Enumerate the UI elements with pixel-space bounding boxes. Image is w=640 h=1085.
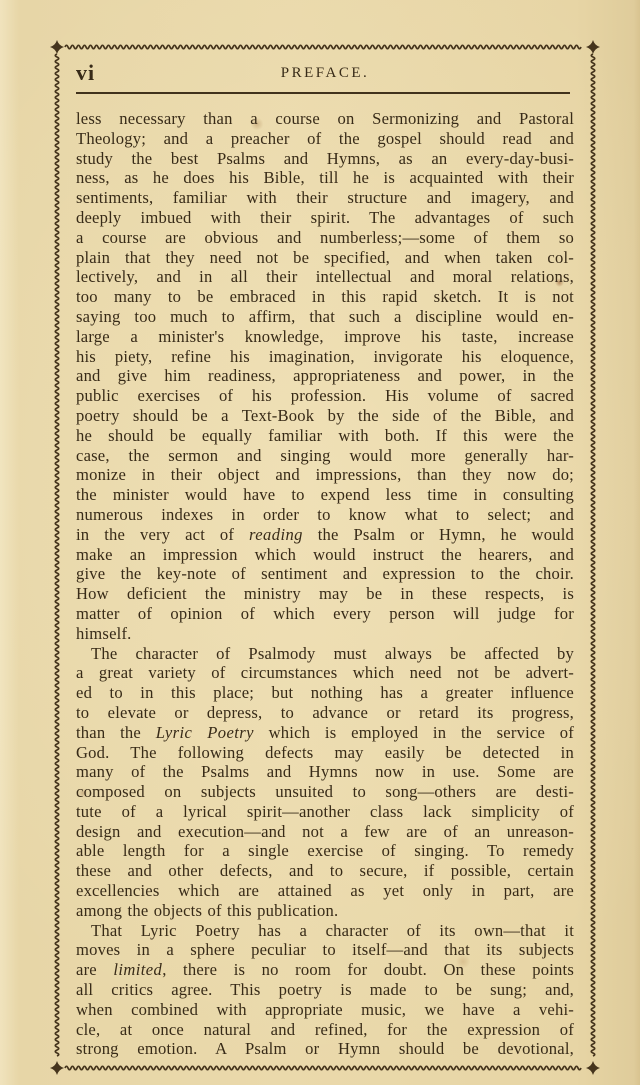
text-line: his piety, refine his imagination, invig… [76, 347, 574, 367]
text-line: a course are obvious and numberless;—som… [76, 228, 574, 248]
text-line: when combined with appropriate music, we… [76, 1000, 574, 1020]
text-line: study the best Psalms and Hymns, as an e… [76, 149, 574, 169]
text-line: composed on subjects unsuited to song—ot… [76, 782, 574, 802]
page-title: PREFACE. [76, 60, 574, 82]
text-line: excellencies which are attained as yet o… [76, 881, 574, 901]
text-line: lectively, and in all their intellectual… [76, 267, 574, 287]
page-frame: vi PREFACE. less necessary than a course… [57, 47, 593, 1068]
text-line: sentiments, familiar with their structur… [76, 188, 574, 208]
text-line: monize in their object and impressions, … [76, 465, 574, 485]
body-text: less necessary than a course on Sermoniz… [76, 109, 574, 1059]
text-line: and give him readiness, appropriateness … [76, 366, 574, 386]
text-line: moves in a sphere peculiar to itself—and… [76, 940, 574, 960]
page-header: vi PREFACE. [76, 60, 574, 87]
text-line: give the key-note of sentiment and expre… [76, 564, 574, 584]
text-line: plain that they need not be specified, a… [76, 248, 574, 268]
text-line: poetry should be a Text-Book by the side… [76, 406, 574, 426]
text-line: in the very act of reading the Psalm or … [76, 525, 574, 545]
text-line: make an impression which would instruct … [76, 545, 574, 565]
text-line: too many to be embraced in this rapid sk… [76, 287, 574, 307]
text-line: himself. [76, 624, 574, 644]
text-line: How deficient the ministry may be in the… [76, 584, 574, 604]
text-line: public exercises of his profession. His … [76, 386, 574, 406]
text-line: the minister would have to expend less t… [76, 485, 574, 505]
text-line: saying too much to affirm, that such a d… [76, 307, 574, 327]
text-line: a great variety of circumstances which n… [76, 663, 574, 683]
header-rule [76, 92, 570, 94]
text-line: deeply imbued with their spirit. The adv… [76, 208, 574, 228]
text-line: cle, at once natural and refined, for th… [76, 1020, 574, 1040]
text-line: God. The following defects may easily be… [76, 743, 574, 763]
text-line: many of the Psalms and Hymns now in use.… [76, 762, 574, 782]
text-line: all critics agree. This poetry is made t… [76, 980, 574, 1000]
text-line: these and other defects, and to secure, … [76, 861, 574, 881]
text-line: The character of Psalmody must always be… [76, 644, 574, 664]
text-line: tute of a lyrical spirit—another class l… [76, 802, 574, 822]
text-line: able length for a single exercise of sin… [76, 841, 574, 861]
scanned-book-page: { "page": { "page_number": "vi", "header… [0, 0, 640, 1085]
text-line: matter of opinion of which every person … [76, 604, 574, 624]
text-line: among the objects of this publication. [76, 901, 574, 921]
paragraph: less necessary than a course on Sermoniz… [76, 109, 574, 644]
text-line: than the Lyric Poetry which is employed … [76, 723, 574, 743]
text-line: he should be equally familiar with both.… [76, 426, 574, 446]
text-line: to elevate or depress, to advance or ret… [76, 703, 574, 723]
text-line: case, the sermon and singing would more … [76, 446, 574, 466]
text-line: design and execution—and not a few are o… [76, 822, 574, 842]
text-line: numerous indexes in order to know what t… [76, 505, 574, 525]
paragraph: That Lyric Poetry has a character of its… [76, 921, 574, 1060]
text-line: are limited, there is no room for doubt.… [76, 960, 574, 980]
paragraph: The character of Psalmody must always be… [76, 644, 574, 921]
page-number: vi [76, 60, 95, 86]
text-line: ness, as he does his Bible, till he is a… [76, 168, 574, 188]
text-line: That Lyric Poetry has a character of its… [76, 921, 574, 941]
text-line: ed to in this place; but nothing has a g… [76, 683, 574, 703]
text-line: less necessary than a course on Sermoniz… [76, 109, 574, 129]
text-line: Theology; and a preacher of the gospel s… [76, 129, 574, 149]
text-line: large a minister's knowledge, improve hi… [76, 327, 574, 347]
text-line: strong emotion. A Psalm or Hymn should b… [76, 1039, 574, 1059]
